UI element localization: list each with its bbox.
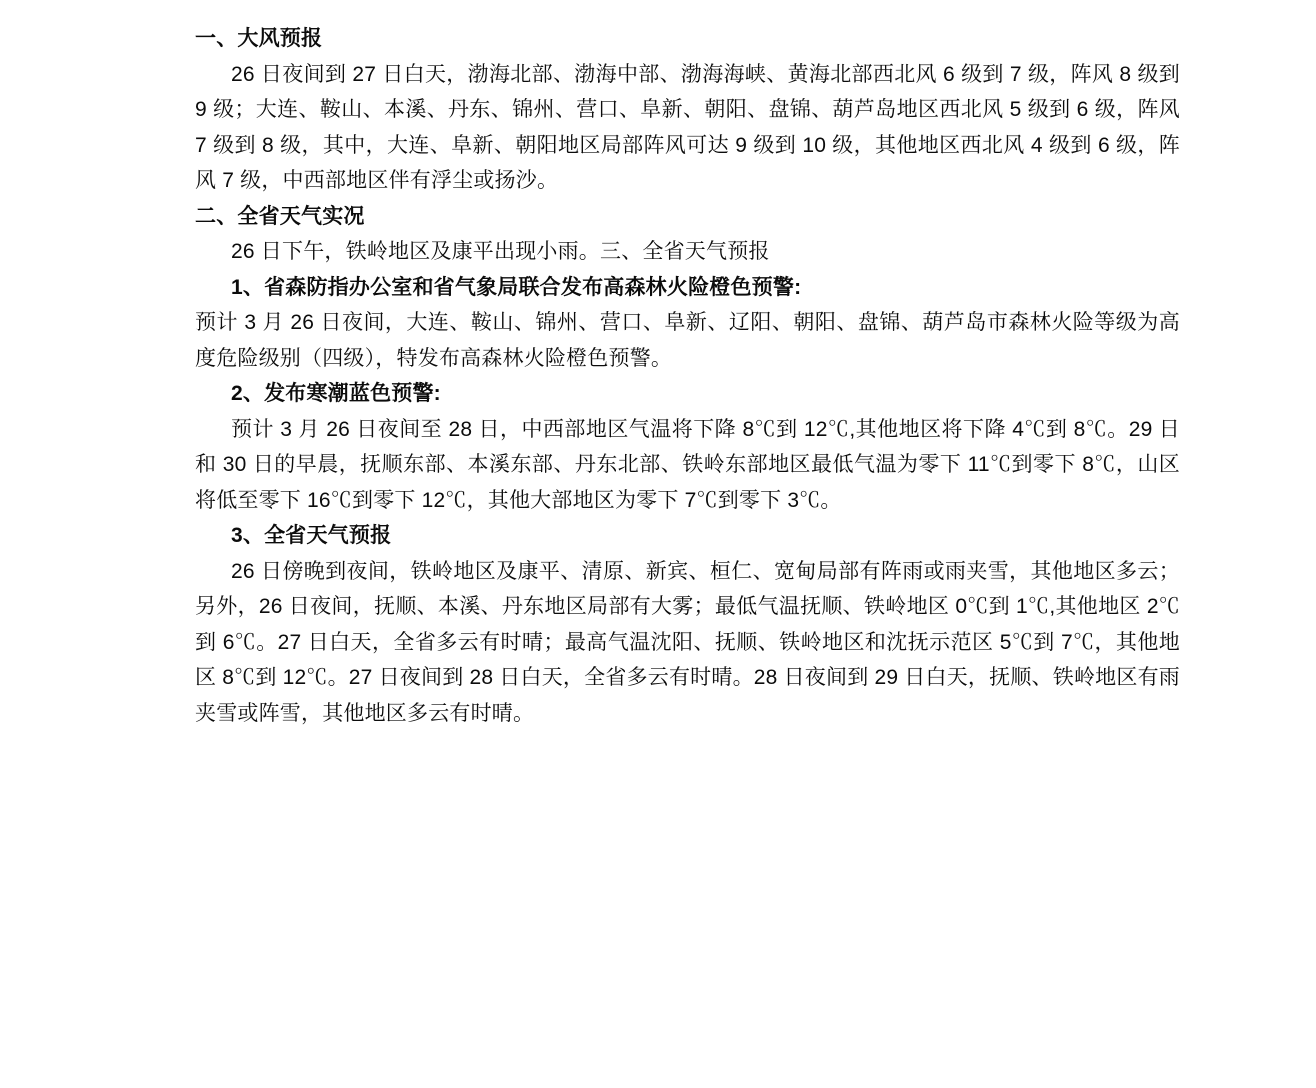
paragraph-wind-forecast: 26 日夜间到 27 日白天，渤海北部、渤海中部、渤海海峡、黄海北部西北风 6 … (195, 57, 1180, 199)
paragraph-province-weather-forecast: 26 日傍晚到夜间，铁岭地区及康平、清原、新宾、桓仁、宽甸局部有阵雨或雨夹雪，其… (195, 554, 1180, 732)
subheading-forest-fire-orange-warning: 1、省森防指办公室和省气象局联合发布高森林火险橙色预警: (195, 270, 1180, 306)
subheading-province-weather-forecast: 3、全省天气预报 (195, 518, 1180, 554)
paragraph-forest-fire-orange-warning: 预计 3 月 26 日夜间，大连、鞍山、锦州、营口、阜新、辽阳、朝阳、盘锦、葫芦… (195, 305, 1180, 376)
subheading-cold-wave-blue-warning: 2、发布寒潮蓝色预警: (195, 376, 1180, 412)
section-heading-wind-forecast: 一、大风预报 (195, 21, 1180, 57)
paragraph-cold-wave-blue-warning: 预计 3 月 26 日夜间至 28 日，中西部地区气温将下降 8℃到 12℃,其… (195, 412, 1180, 519)
weather-report-document: 一、大风预报 26 日夜间到 27 日白天，渤海北部、渤海中部、渤海海峡、黄海北… (195, 21, 1180, 731)
section-heading-weather-conditions: 二、全省天气实况 (195, 199, 1180, 235)
paragraph-weather-conditions: 26 日下午，铁岭地区及康平出现小雨。三、全省天气预报 (195, 234, 1180, 270)
